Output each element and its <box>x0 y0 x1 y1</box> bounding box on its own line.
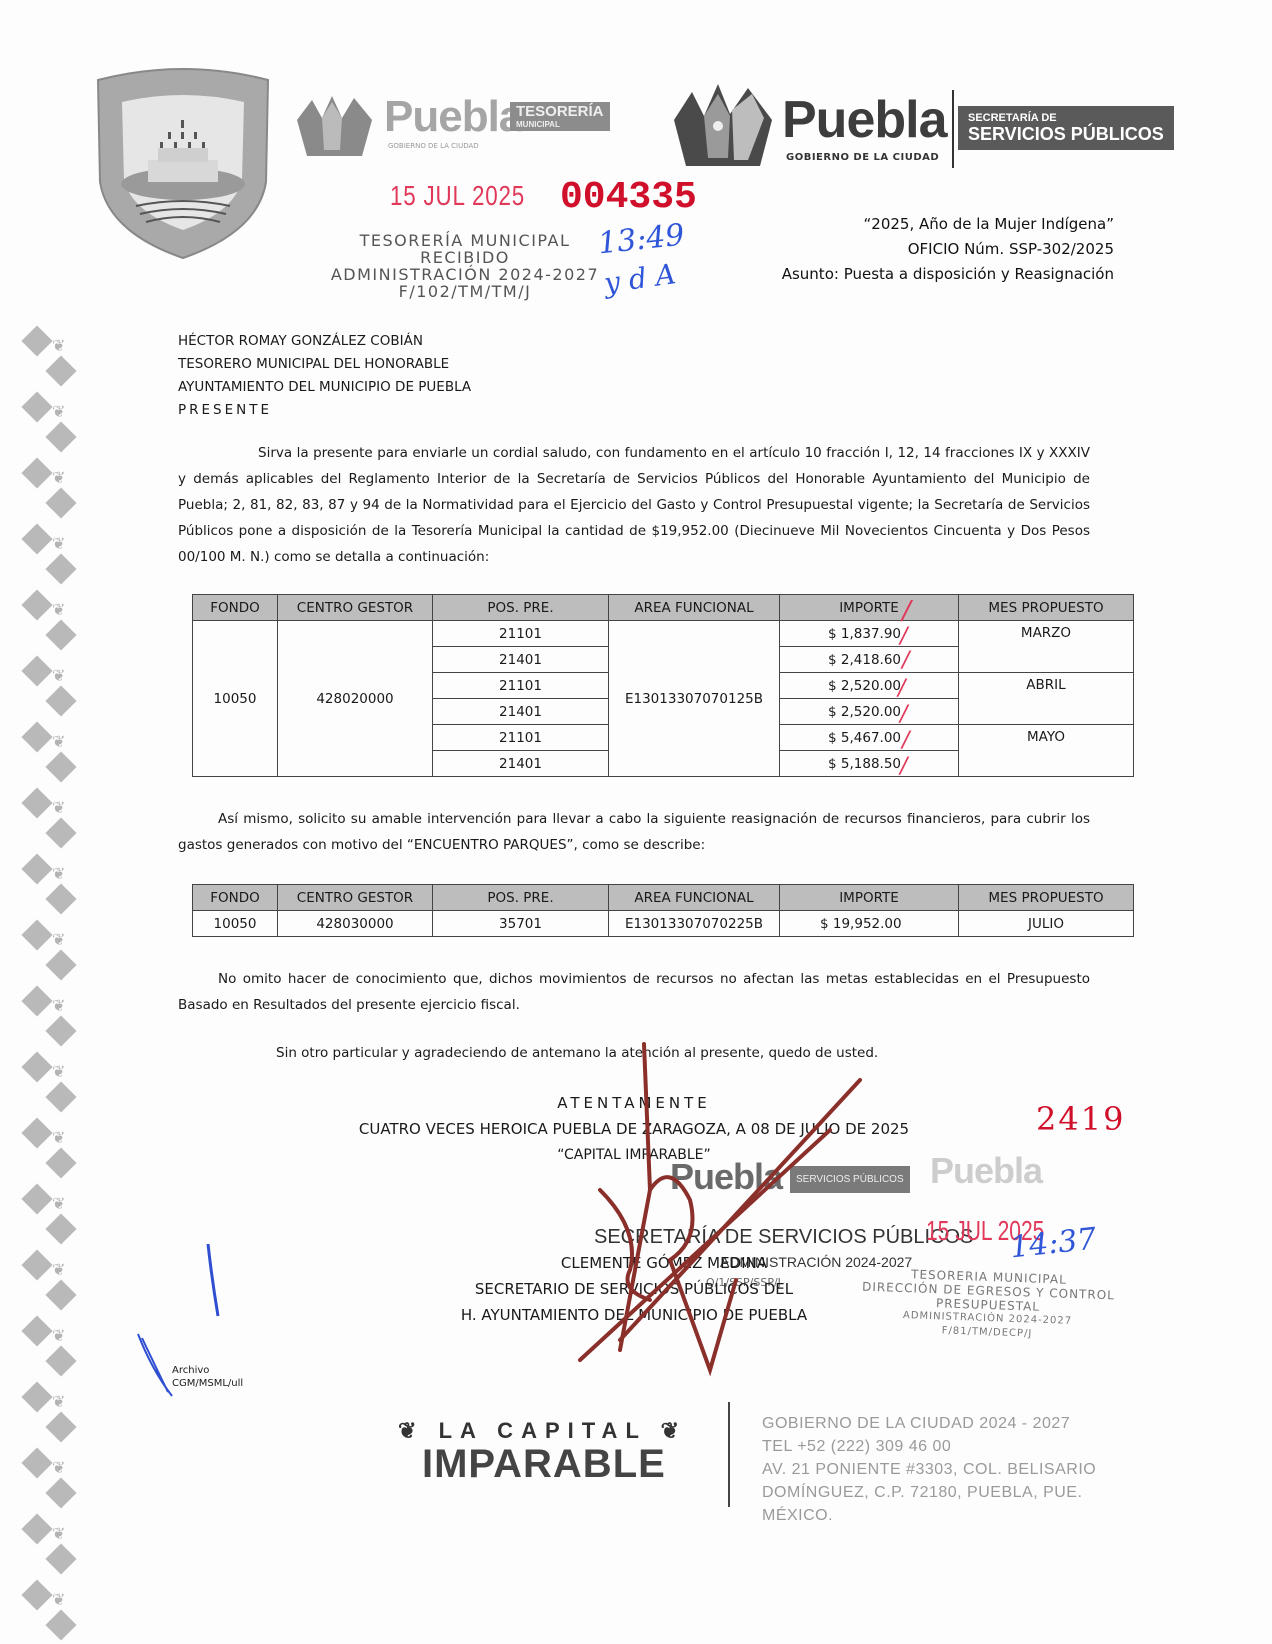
document-header-meta: “2025, Año de la Mujer Indígena” OFICIO … <box>782 212 1114 287</box>
stamp-line: ADMINISTRACIÓN 2024-2027 <box>330 266 600 283</box>
subject: Asunto: Puesta a disposición y Reasignac… <box>782 262 1114 287</box>
area-funcional-cell: E13013307070225B <box>609 911 780 937</box>
border-diamond <box>21 325 52 356</box>
border-diamond <box>45 1477 76 1508</box>
table-row: 10050 428030000 35701 E13013307070225B $… <box>193 911 1134 937</box>
col-header: AREA FUNCIONAL <box>609 885 780 911</box>
puebla-wordmark: Puebla <box>782 90 947 150</box>
col-header: AREA FUNCIONAL <box>609 595 780 621</box>
table-row: 10050 428020000 21101 E13013307070125B $… <box>193 621 1134 647</box>
logo-subtitle: GOBIERNO DE LA CIUDAD <box>388 142 479 150</box>
border-diamond <box>45 421 76 452</box>
border-diamond <box>21 1051 52 1082</box>
border-diamond <box>21 655 52 686</box>
ssp-box-main: SERVICIOS PÚBLICOS <box>968 124 1164 144</box>
archive-reference: Archivo CGM/MSML/ull <box>172 1364 243 1390</box>
check-mark-icon: / <box>902 596 911 626</box>
tesoreria-box: TESORERÍA MUNICIPAL <box>510 102 610 131</box>
address-line: MÉXICO. <box>762 1504 1096 1527</box>
recipient-title: AYUNTAMIENTO DEL MUNICIPIO DE PUEBLA <box>178 376 471 399</box>
importe-cell: $ 2,418.60 <box>780 647 959 673</box>
border-diamond <box>21 919 52 950</box>
mes-cell: MARZO <box>959 621 1134 673</box>
centro-gestor-cell: 428020000 <box>278 621 433 777</box>
border-leaf-icon: ❦ <box>52 1524 65 1543</box>
ssp-box: SECRETARÍA DE SERVICIOS PÚBLICOS <box>958 106 1174 150</box>
signature <box>560 1040 890 1380</box>
centro-gestor-cell: 428030000 <box>278 911 433 937</box>
address-line: TEL +52 (222) 309 46 00 <box>762 1435 1096 1458</box>
col-header: IMPORTE <box>780 595 959 621</box>
border-diamond <box>21 1315 52 1346</box>
border-diamond <box>21 1249 52 1280</box>
body-paragraph-3: No omito hacer de conocimiento que, dich… <box>178 966 1090 1018</box>
border-diamond <box>45 1345 76 1376</box>
border-diamond <box>21 523 52 554</box>
border-leaf-icon: ❦ <box>52 798 65 817</box>
border-diamond <box>21 457 52 488</box>
wing-icon: ❦ <box>661 1418 687 1443</box>
border-diamond <box>45 817 76 848</box>
pos-pre-cell: 21101 <box>433 673 609 699</box>
tesoreria-logo: Puebla GOBIERNO DE LA CIUDAD TESORERÍA M… <box>292 90 652 160</box>
stamp-line: F/102/TM/TM/J <box>330 283 600 300</box>
importe-cell: $ 19,952.00 <box>780 911 959 937</box>
logo-subtitle: GOBIERNO DE LA CIUDAD <box>786 152 939 163</box>
importe-cell: $ 2,520.00 <box>780 699 959 725</box>
stamp-line: TESORERÍA MUNICIPAL <box>330 232 600 249</box>
border-leaf-icon: ❦ <box>52 996 65 1015</box>
border-diamond <box>45 1411 76 1442</box>
pos-pre-cell: 21401 <box>433 751 609 777</box>
col-header: CENTRO GESTOR <box>278 885 433 911</box>
recipient-name: HÉCTOR ROMAY GONZÁLEZ COBIÁN <box>178 330 471 353</box>
border-diamond <box>45 1609 76 1640</box>
logo-divider <box>952 90 954 168</box>
col-header: MES PROPUESTO <box>959 885 1134 911</box>
border-leaf-icon: ❦ <box>52 468 65 487</box>
border-leaf-icon: ❦ <box>52 1590 65 1609</box>
border-diamond <box>45 751 76 782</box>
control-number: 2419 <box>1036 1100 1125 1138</box>
received-folio: 004335 <box>560 176 697 219</box>
border-diamond <box>45 487 76 518</box>
border-diamond <box>45 685 76 716</box>
border-diamond <box>21 1381 52 1412</box>
pos-pre-cell: 21101 <box>433 725 609 751</box>
table-header-row: FONDO CENTRO GESTOR POS. PRE. AREA FUNCI… <box>193 595 1134 621</box>
year-motto: “2025, Año de la Mujer Indígena” <box>782 212 1114 237</box>
border-diamond <box>45 1213 76 1244</box>
border-diamond <box>45 619 76 650</box>
city-shield-logo <box>88 62 278 262</box>
border-diamond <box>45 883 76 914</box>
border-diamond <box>45 1543 76 1574</box>
pos-pre-cell: 35701 <box>433 911 609 937</box>
border-diamond <box>21 589 52 620</box>
handwritten-note: y d A <box>602 257 678 300</box>
border-leaf-icon: ❦ <box>52 1392 65 1411</box>
importe-cell: $ 1,837.90 <box>780 621 959 647</box>
check-mark-icon: / <box>898 676 905 701</box>
col-header: FONDO <box>193 885 278 911</box>
border-leaf-icon: ❦ <box>52 1458 65 1477</box>
footer-logo-line1: ❦ LA CAPITAL ❦ <box>398 1418 698 1444</box>
table-header-row: FONDO CENTRO GESTOR POS. PRE. AREA FUNCI… <box>193 885 1134 911</box>
body-paragraph-1: Sirva la presente para enviarle un cordi… <box>178 440 1090 570</box>
col-header: MES PROPUESTO <box>959 595 1134 621</box>
stamp-line: RECIBIDO <box>330 249 600 266</box>
footer-logo-line2: IMPARABLE <box>422 1444 698 1484</box>
border-leaf-icon: ❦ <box>52 666 65 685</box>
body-paragraph-2: Así mismo, solicito su amable intervenci… <box>178 806 1090 858</box>
border-leaf-icon: ❦ <box>52 1128 65 1147</box>
border-leaf-icon: ❦ <box>52 336 65 355</box>
border-diamond <box>21 1579 52 1610</box>
border-diamond <box>45 949 76 980</box>
check-mark-icon: / <box>902 648 909 673</box>
border-leaf-icon: ❦ <box>52 600 65 619</box>
received-stamp-date: 15 JUL 2025 <box>390 180 525 212</box>
border-leaf-icon: ❦ <box>52 1062 65 1081</box>
fondo-cell: 10050 <box>193 621 278 777</box>
footer-divider <box>728 1402 730 1507</box>
col-header: CENTRO GESTOR <box>278 595 433 621</box>
footer-logo-text: LA CAPITAL <box>439 1418 647 1443</box>
border-leaf-icon: ❦ <box>52 732 65 751</box>
puebla-emblem-icon <box>292 90 377 160</box>
border-leaf-icon: ❦ <box>52 1194 65 1213</box>
mes-cell: JULIO <box>959 911 1134 937</box>
border-leaf-icon: ❦ <box>52 402 65 421</box>
border-leaf-icon: ❦ <box>52 1260 65 1279</box>
puebla-wordmark: Puebla <box>930 1150 1042 1192</box>
check-mark-icon: / <box>900 702 907 727</box>
puebla-wordmark: Puebla <box>384 92 522 142</box>
border-diamond <box>21 721 52 752</box>
border-leaf-icon: ❦ <box>52 1326 65 1345</box>
col-header: IMPORTE <box>780 885 959 911</box>
border-diamond <box>45 1015 76 1046</box>
check-mark-icon: / <box>902 728 909 753</box>
ssp-logo: Puebla GOBIERNO DE LA CIUDAD SECRETARÍA … <box>668 80 1208 170</box>
border-diamond <box>45 553 76 584</box>
archive-label: Archivo <box>172 1364 243 1377</box>
tesoreria-stamp-logo: Puebla <box>930 1150 1160 1200</box>
presente-label: PRESENTE <box>178 399 471 422</box>
border-diamond <box>45 1279 76 1310</box>
oficio-number: OFICIO Núm. SSP-302/2025 <box>782 237 1114 262</box>
area-funcional-cell: E13013307070125B <box>609 621 780 777</box>
puebla-emblem-icon <box>668 80 778 170</box>
footer-address: GOBIERNO DE LA CIUDAD 2024 - 2027 TEL +5… <box>762 1412 1096 1527</box>
border-diamond <box>21 1513 52 1544</box>
tesoreria-box-sub: MUNICIPAL <box>516 120 604 129</box>
border-diamond <box>21 853 52 884</box>
blue-pen-mark <box>200 1240 230 1320</box>
importe-cell: $ 2,520.00 <box>780 673 959 699</box>
check-mark-icon: / <box>900 624 907 649</box>
pos-pre-cell: 21101 <box>433 621 609 647</box>
address-line: DOMÍNGUEZ, C.P. 72180, PUEBLA, PUE. <box>762 1481 1096 1504</box>
wing-icon: ❦ <box>398 1418 424 1443</box>
handwritten-time: 13:49 <box>596 218 686 262</box>
importe-cell: $ 5,188.50 <box>780 751 959 777</box>
border-leaf-icon: ❦ <box>52 930 65 949</box>
border-leaf-icon: ❦ <box>52 534 65 553</box>
recipient-block: HÉCTOR ROMAY GONZÁLEZ COBIÁN TESORERO MU… <box>178 330 471 422</box>
border-diamond <box>21 985 52 1016</box>
received-stamp: TESORERÍA MUNICIPAL RECIBIDO ADMINISTRAC… <box>330 232 600 300</box>
address-line: GOBIERNO DE LA CIUDAD 2024 - 2027 <box>762 1412 1096 1435</box>
border-diamond <box>21 1447 52 1478</box>
col-header: FONDO <box>193 595 278 621</box>
tesoreria-box-label: TESORERÍA <box>516 104 604 120</box>
col-header: POS. PRE. <box>433 885 609 911</box>
mes-cell: ABRIL <box>959 673 1134 725</box>
reassignment-table: FONDO CENTRO GESTOR POS. PRE. AREA FUNCI… <box>192 884 1134 937</box>
address-line: AV. 21 PONIENTE #3303, COL. BELISARIO <box>762 1458 1096 1481</box>
check-mark-icon: / <box>900 754 907 779</box>
col-header: POS. PRE. <box>433 595 609 621</box>
recipient-title: TESORERO MUNICIPAL DEL HONORABLE <box>178 353 471 376</box>
border-diamond <box>45 1081 76 1112</box>
capital-imparable-logo: ❦ LA CAPITAL ❦ IMPARABLE <box>398 1418 698 1484</box>
mes-cell: MAYO <box>959 725 1134 777</box>
archive-initials: CGM/MSML/ull <box>172 1377 243 1390</box>
border-diamond <box>21 1117 52 1148</box>
fondo-cell: 10050 <box>193 911 278 937</box>
pos-pre-cell: 21401 <box>433 647 609 673</box>
pos-pre-cell: 21401 <box>433 699 609 725</box>
availability-table: FONDO CENTRO GESTOR POS. PRE. AREA FUNCI… <box>192 594 1134 777</box>
decorative-border: ❦❦❦❦❦❦❦❦❦❦❦❦❦❦❦❦❦❦❦❦ <box>22 330 82 1630</box>
importe-cell: $ 5,467.00 <box>780 725 959 751</box>
border-diamond <box>21 787 52 818</box>
border-diamond <box>21 391 52 422</box>
border-diamond <box>45 1147 76 1178</box>
border-diamond <box>45 355 76 386</box>
border-diamond <box>21 1183 52 1214</box>
border-leaf-icon: ❦ <box>52 864 65 883</box>
ssp-box-top: SECRETARÍA DE <box>968 112 1164 124</box>
